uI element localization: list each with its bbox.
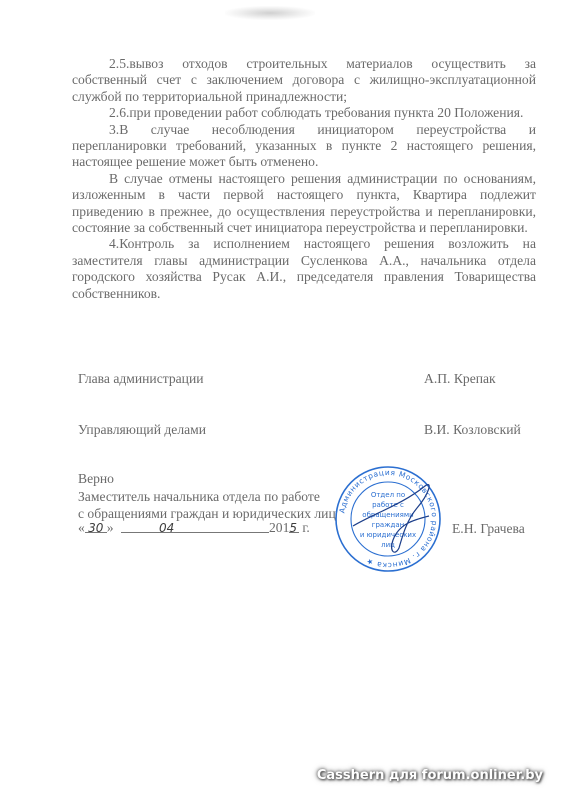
paragraph-3-cancel: В случае отмены настоящего решения админ…	[72, 171, 536, 237]
signature-title-head: Глава администрации	[78, 371, 204, 387]
svg-text:Отдел по: Отдел по	[371, 491, 405, 499]
signature-name-manager: В.И. Козловский	[424, 422, 521, 438]
certification-name: Е.Н. Грачева	[452, 521, 525, 537]
official-stamp-icon: Администрация Московского района г. Минс…	[333, 464, 443, 574]
svg-text:обращениями: обращениями	[362, 511, 413, 519]
document-page: 2.5.вывоз отходов строительных материало…	[0, 0, 565, 800]
date-year-unit: г.	[302, 520, 309, 535]
paragraph-2-6: 2.6.при проведении работ соблюдать требо…	[72, 105, 536, 121]
scan-artifact	[225, 6, 315, 20]
date-open-quote: «	[78, 520, 85, 535]
svg-text:граждан: граждан	[372, 521, 404, 529]
date-day-blank: 30	[85, 520, 107, 533]
date-year-prefix: 201	[269, 520, 289, 535]
paragraph-4: 4.Контроль за исполнением настоящего реш…	[72, 236, 536, 302]
svg-text:лиц: лиц	[381, 541, 395, 549]
date-month: 04	[159, 521, 174, 535]
date-day: 30	[88, 521, 103, 535]
date-close-quote: »	[107, 520, 114, 535]
date-year-suffix: 5	[289, 521, 297, 535]
svg-text:и юридических: и юридических	[360, 531, 416, 539]
watermark: Casshern для forum.onliner.by	[317, 768, 543, 783]
paragraph-3: 3.В случае несоблюдения инициатором пере…	[72, 122, 536, 171]
signature-title-manager: Управляющий делами	[78, 422, 206, 438]
date-month-blank: 04	[121, 520, 269, 533]
certification-date: «30» 042015г.	[78, 520, 310, 536]
signature-name-head: А.П. Крепак	[424, 371, 496, 387]
paragraph-2-5: 2.5.вывоз отходов строительных материало…	[72, 56, 536, 105]
date-year-blank: 5	[289, 520, 299, 533]
document-body: 2.5.вывоз отходов строительных материало…	[72, 56, 536, 302]
